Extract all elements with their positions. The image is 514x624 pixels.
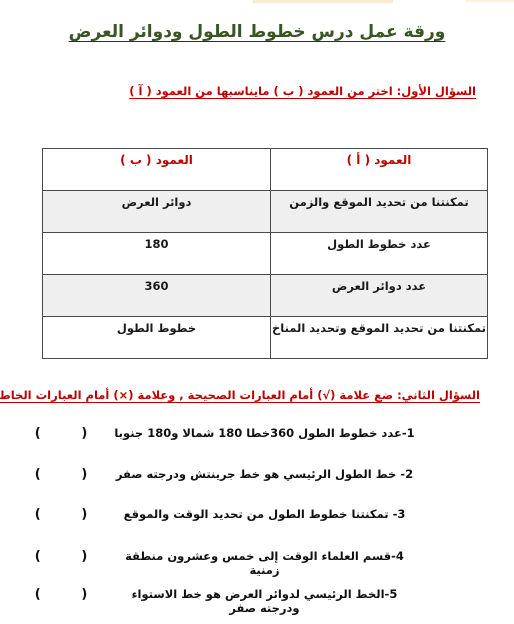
statement-text: 4-قسم العلماء الوقت إلى خمس وعشرون منطقة… — [110, 549, 514, 577]
statement-text: 3- تمكنتنا خطوط الطول من تحديد الوقت وال… — [110, 507, 514, 521]
table-cell-b: 180 — [43, 233, 271, 275]
true-false-item: 4-قسم العلماء الوقت إلى خمس وعشرون منطقة… — [0, 549, 514, 577]
table-row: عدد دوائر العرض 360 — [43, 275, 488, 317]
table-header-column-b: العمود ( ب ) — [43, 149, 271, 191]
true-false-item: 2- خط الطول الرئيسي هو خط جرينتش ودرجته … — [0, 467, 514, 482]
true-false-item: 5-الخط الرئيسي لدوائر العرض هو خط الاستو… — [0, 587, 514, 615]
table-row: عدد خطوط الطول 180 — [43, 233, 488, 275]
question2-heading: السؤال الثاني: ضع علامة (√) أمام العبارا… — [0, 388, 480, 402]
answer-parentheses: ( ) — [0, 507, 110, 522]
table-cell-b: خطوط الطول — [43, 317, 271, 359]
answer-parentheses: ( ) — [0, 426, 110, 441]
answer-parentheses: ( ) — [0, 467, 110, 482]
table-cell-b: 360 — [43, 275, 271, 317]
table-cell-a: عدد خطوط الطول — [271, 233, 488, 275]
answer-parentheses: ( ) — [0, 549, 110, 564]
answer-parentheses: ( ) — [0, 587, 110, 602]
scan-artifact-strip — [253, 0, 393, 3]
table-row: تمكنتنا من تحديد الموقع والزمن دوائر الع… — [43, 191, 488, 233]
table-header-column-a: العمود ( أ ) — [271, 149, 488, 191]
worksheet-page: ورقة عمل درس خطوط الطول ودوائر العرض الس… — [0, 0, 514, 624]
true-false-item: 3- تمكنتنا خطوط الطول من تحديد الوقت وال… — [0, 507, 514, 522]
table-cell-a: تمكنتنا من تحديد الموقع والزمن — [271, 191, 488, 233]
table-cell-a: تمكنتنا من تحديد الموقع وتحديد المناخ — [271, 317, 488, 359]
statement-text: 1-عدد خطوط الطول 360خطا 180 شمالا و180 ج… — [110, 426, 514, 440]
matching-table: العمود ( أ ) العمود ( ب ) تمكنتنا من تحد… — [42, 148, 488, 359]
scan-artifact-strip — [465, 0, 514, 2]
table-row: تمكنتنا من تحديد الموقع وتحديد المناخ خط… — [43, 317, 488, 359]
table-cell-a: عدد دوائر العرض — [271, 275, 488, 317]
question1-heading: السؤال الأول: اختر من العمود ( ب ) ماينا… — [129, 84, 476, 98]
true-false-item: 1-عدد خطوط الطول 360خطا 180 شمالا و180 ج… — [0, 426, 514, 441]
page-title: ورقة عمل درس خطوط الطول ودوائر العرض — [0, 22, 514, 42]
statement-text: 5-الخط الرئيسي لدوائر العرض هو خط الاستو… — [110, 587, 514, 615]
table-cell-b: دوائر العرض — [43, 191, 271, 233]
statement-text: 2- خط الطول الرئيسي هو خط جرينتش ودرجته … — [110, 467, 514, 481]
table-header-row: العمود ( أ ) العمود ( ب ) — [43, 149, 488, 191]
